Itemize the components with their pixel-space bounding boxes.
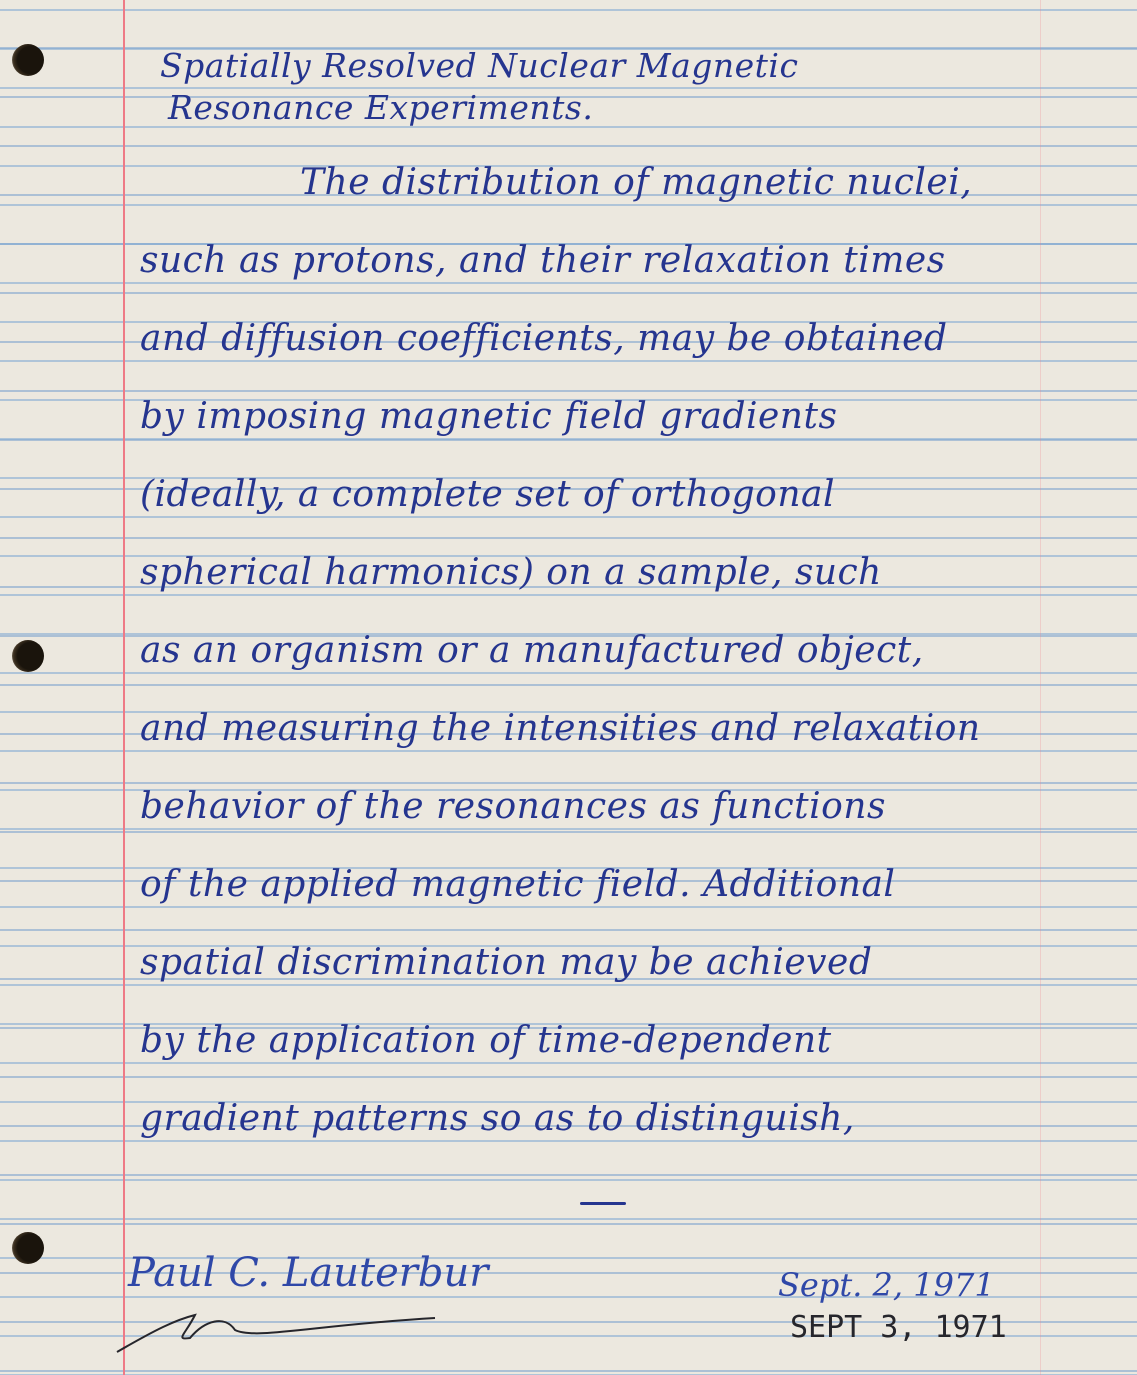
- rule-line: [0, 1179, 1137, 1181]
- rule-line: [0, 594, 1137, 596]
- title-line-2: Resonance Experiments.: [168, 88, 593, 127]
- notebook-page: Spatially Resolved Nuclear Magnetic Reso…: [0, 0, 1137, 1375]
- rule-line: [0, 750, 1137, 752]
- rule-line: [0, 906, 1137, 908]
- rule-line: [0, 828, 1137, 830]
- punch-hole-top: [12, 44, 44, 76]
- body-line-1: The distribution of magnetic nuclei,: [300, 162, 972, 203]
- ruled-lines: [0, 0, 1137, 1375]
- rule-line: [0, 204, 1137, 206]
- punch-hole-middle: [12, 640, 44, 672]
- author-signature: Paul C. Lauterbur: [128, 1250, 488, 1296]
- punch-hole-bottom: [12, 1232, 44, 1264]
- body-line-2: such as protons, and their relaxation ti…: [140, 240, 946, 281]
- rule-line: [0, 1140, 1137, 1142]
- page-separator-dash: [580, 1202, 626, 1205]
- rule-line: [0, 360, 1137, 362]
- body-line-13: gradient patterns so as to distinguish,: [140, 1098, 855, 1139]
- body-line-12: by the application of time-dependent: [140, 1020, 832, 1061]
- body-line-11: spatial discrimination may be achieved: [140, 942, 872, 983]
- rule-line: [0, 1062, 1137, 1064]
- rule-line: [0, 438, 1137, 440]
- body-line-5: (ideally, a complete set of orthogonal: [140, 474, 835, 515]
- rule-line: [0, 1218, 1137, 1220]
- rule-line: [0, 516, 1137, 518]
- body-line-6: spherical harmonics) on a sample, such: [140, 552, 882, 593]
- body-line-9: behavior of the resonances as functions: [140, 786, 886, 827]
- rule-line: [0, 9, 1137, 11]
- title-line-1: Spatially Resolved Nuclear Magnetic: [160, 46, 798, 85]
- witness-date: SEPT 3, 1971: [790, 1310, 1007, 1345]
- body-line-8: and measuring the intensities and relaxa…: [140, 708, 981, 749]
- body-line-4: by imposing magnetic field gradients: [140, 396, 837, 437]
- author-date: Sept. 2, 1971: [778, 1266, 995, 1304]
- body-line-10: of the applied magnetic field. Additiona…: [140, 864, 895, 905]
- rule-line: [0, 672, 1137, 674]
- witness-signature: [115, 1310, 445, 1355]
- rule-line: [0, 282, 1137, 284]
- body-line-7: as an organism or a manufactured object,: [140, 630, 924, 671]
- margin-line: [123, 0, 125, 1375]
- rule-line: [0, 984, 1137, 986]
- body-line-3: and diffusion coefficients, may be obtai…: [140, 318, 948, 359]
- right-margin-line: [1040, 0, 1041, 1375]
